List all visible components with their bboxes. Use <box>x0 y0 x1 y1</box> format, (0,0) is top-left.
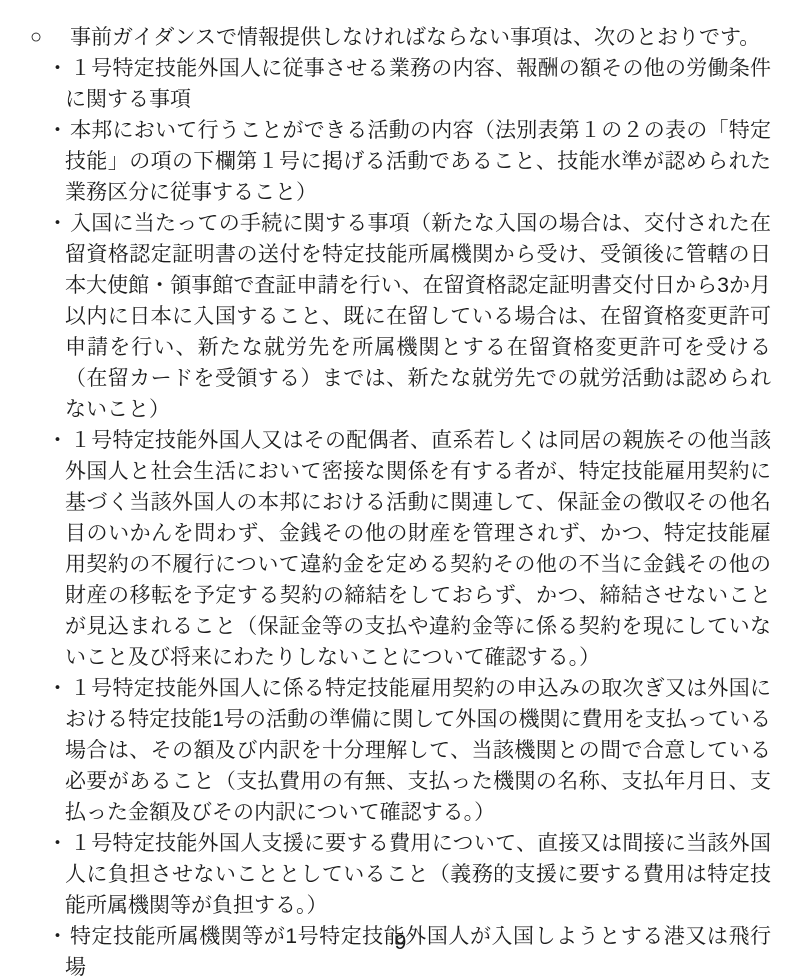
page-number: 9 <box>0 930 801 956</box>
list-item: ・ 本邦において行うことができる活動の内容（法別表第１の２の表の「特定技能」の項… <box>0 115 801 208</box>
list-item: ・ １号特定技能外国人又はその配偶者、直系若しくは同居の親族その他当該外国人と社… <box>0 425 801 673</box>
document-page: { "page_number": "9", "content": { "head… <box>0 0 801 980</box>
document-body: ○ 事前ガイダンスで情報提供しなければならない事項は、次のとおりです。 ・ １号… <box>0 22 801 980</box>
dot-bullet-marker: ・ <box>47 425 65 456</box>
heading-text: 事前ガイダンスで情報提供しなければならない事項は、次のとおりです。 <box>70 22 771 53</box>
list-item-text: 入国に当たっての手続に関する事項（新たな入国の場合は、交付された在留資格認定証明… <box>65 208 771 425</box>
dot-bullet-marker: ・ <box>47 53 65 84</box>
dot-bullet-marker: ・ <box>47 673 65 704</box>
list-item: ・ １号特定技能外国人に従事させる業務の内容、報酬の額その他の労働条件に関する事… <box>0 53 801 115</box>
list-item: ・ １号特定技能外国人支援に要する費用について、直接又は間接に当該外国人に負担さ… <box>0 828 801 921</box>
list-item-text: 本邦において行うことができる活動の内容（法別表第１の２の表の「特定技能」の項の下… <box>65 115 771 208</box>
list-item-text: １号特定技能外国人に係る特定技能雇用契約の申込みの取次ぎ又は外国における特定技能… <box>65 673 771 828</box>
circle-bullet-marker: ○ <box>30 22 54 53</box>
list-item-text: １号特定技能外国人支援に要する費用について、直接又は間接に当該外国人に負担させな… <box>65 828 771 921</box>
dot-bullet-marker: ・ <box>47 115 65 146</box>
list-item: ・ １号特定技能外国人に係る特定技能雇用契約の申込みの取次ぎ又は外国における特定… <box>0 673 801 828</box>
list-item: ・ 入国に当たっての手続に関する事項（新たな入国の場合は、交付された在留資格認定… <box>0 208 801 425</box>
list-item-heading: ○ 事前ガイダンスで情報提供しなければならない事項は、次のとおりです。 <box>0 22 801 53</box>
list-item-text: １号特定技能外国人又はその配偶者、直系若しくは同居の親族その他当該外国人と社会生… <box>65 425 771 673</box>
dot-bullet-marker: ・ <box>47 208 65 239</box>
list-item-text: １号特定技能外国人に従事させる業務の内容、報酬の額その他の労働条件に関する事項 <box>65 53 771 115</box>
dot-bullet-marker: ・ <box>47 828 65 859</box>
